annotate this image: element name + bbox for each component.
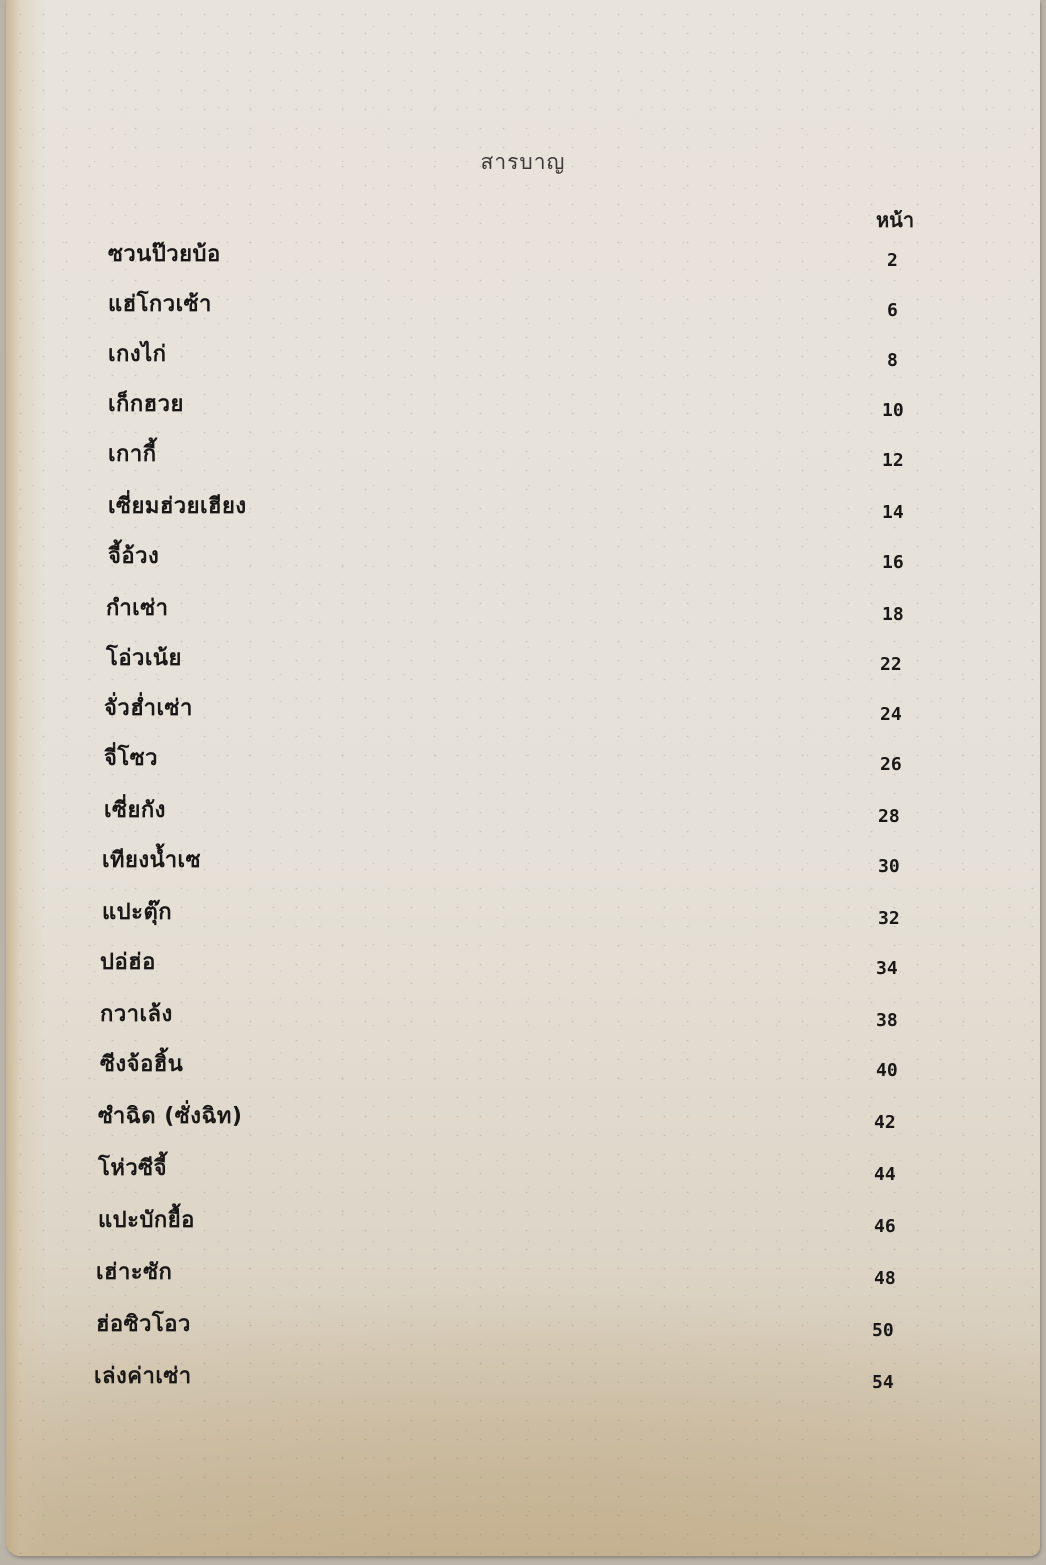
toc-entry-page: 6 (887, 300, 898, 321)
toc-entry: กำเซ่า 18 (6, 590, 1040, 630)
toc-entry: จี้อ้วง 16 (6, 538, 1040, 578)
toc-entry-page: 18 (882, 604, 904, 625)
toc-entry-page: 54 (872, 1372, 894, 1393)
toc-entry: ปอ่ฮ่อ 34 (6, 944, 1040, 984)
toc-entry-page: 44 (874, 1164, 896, 1185)
toc-entry-title: เกงไก่ (108, 336, 166, 371)
toc-entry-title: ซวนป๊วยบ้อ (108, 236, 221, 271)
toc-entry-title: ซำฉิด (ซั่งฉิท) (98, 1098, 243, 1133)
toc-entry-title: ซีงจ้อฮิ้น (100, 1046, 183, 1081)
toc-entry-title: จี่โซว (104, 740, 158, 775)
toc-entry-page: 42 (874, 1112, 896, 1133)
toc-entry-title: โอ่วเน้ย (106, 640, 182, 675)
toc-entry-title: เฮ่าะซัก (96, 1254, 172, 1289)
toc-entry: จี่โซว 26 (6, 740, 1040, 780)
toc-entry: เซี่ยมฮ่วยเฮียง 14 (6, 488, 1040, 528)
toc-entry-title: แฮ่โกวเซ้า (108, 286, 212, 321)
toc-entry: เก็กฮวย 10 (6, 386, 1040, 426)
toc-entry: จั่วฮ่ำเซ่า 24 (6, 690, 1040, 730)
toc-entry-title: โห่วซีจี้ (98, 1150, 167, 1185)
toc-entry: เซี่ยกัง 28 (6, 792, 1040, 832)
toc-entry-page: 34 (876, 958, 898, 979)
toc-entry-page: 32 (878, 908, 900, 929)
toc-entry-page: 24 (880, 704, 902, 725)
toc-entry-page: 38 (876, 1010, 898, 1031)
toc-entry-title: เก็กฮวย (108, 386, 184, 421)
toc-entry: ซีงจ้อฮิ้น 40 (6, 1046, 1040, 1086)
toc-entry-title: กวาเล้ง (100, 996, 173, 1031)
page-number-column-header: หน้า (876, 204, 914, 236)
toc-entry-title: กำเซ่า (106, 590, 168, 625)
toc-entry-page: 28 (878, 806, 900, 827)
toc-entry-page: 30 (878, 856, 900, 877)
toc-entry-page: 8 (887, 350, 898, 371)
toc-entry-page: 26 (880, 754, 902, 775)
toc-entry-title: จี้อ้วง (108, 538, 159, 573)
toc-entry-page: 16 (882, 552, 904, 573)
toc-entry-title: เล่งค่าเซ่า (94, 1358, 192, 1393)
toc-entry: แปะบักยื้อ 46 (6, 1202, 1040, 1242)
toc-entry: ซำฉิด (ซั่งฉิท) 42 (6, 1098, 1040, 1138)
toc-entry: โอ่วเน้ย 22 (6, 640, 1040, 680)
toc-entry-title: เกากี้ (108, 436, 157, 471)
toc-entry-title: ฮ่อซิวโอว (96, 1306, 191, 1341)
page-title: สารบาญ (6, 146, 1040, 179)
toc-entry-title: เทียงน้ำเซ (102, 842, 201, 877)
toc-entry: เกากี้ 12 (6, 436, 1040, 476)
toc-entry: ฮ่อซิวโอว 50 (6, 1306, 1040, 1346)
toc-entry-page: 40 (876, 1060, 898, 1081)
toc-entry-title: ปอ่ฮ่อ (100, 944, 156, 979)
toc-entry-page: 48 (874, 1268, 896, 1289)
toc-entry-page: 46 (874, 1216, 896, 1237)
toc-entry-page: 14 (882, 502, 904, 523)
toc-entry: โห่วซีจี้ 44 (6, 1150, 1040, 1190)
toc-entry: เทียงน้ำเซ 30 (6, 842, 1040, 882)
toc-entry-title: แปะบักยื้อ (98, 1202, 195, 1237)
toc-entry-title: เซี่ยกัง (104, 792, 166, 827)
toc-entry-page: 10 (882, 400, 904, 421)
toc-entry-page: 50 (872, 1320, 894, 1341)
toc-entry-title: จั่วฮ่ำเซ่า (104, 690, 193, 725)
toc-entry-title: เซี่ยมฮ่วยเฮียง (108, 488, 247, 523)
toc-entry: ซวนป๊วยบ้อ 2 (6, 236, 1040, 276)
book-page: สารบาญ หน้า ซวนป๊วยบ้อ 2 แฮ่โกวเซ้า 6 เก… (6, 0, 1040, 1556)
toc-entry: เล่งค่าเซ่า 54 (6, 1358, 1040, 1398)
toc-entry-page: 2 (887, 250, 898, 271)
toc-entry-title: แปะตุ๊ก (102, 894, 172, 929)
toc-entry-page: 12 (882, 450, 904, 471)
toc-entry: เกงไก่ 8 (6, 336, 1040, 376)
toc-entry: เฮ่าะซัก 48 (6, 1254, 1040, 1294)
toc-entry-page: 22 (880, 654, 902, 675)
toc-entry: แฮ่โกวเซ้า 6 (6, 286, 1040, 326)
toc-entry: แปะตุ๊ก 32 (6, 894, 1040, 934)
toc-entry: กวาเล้ง 38 (6, 996, 1040, 1036)
